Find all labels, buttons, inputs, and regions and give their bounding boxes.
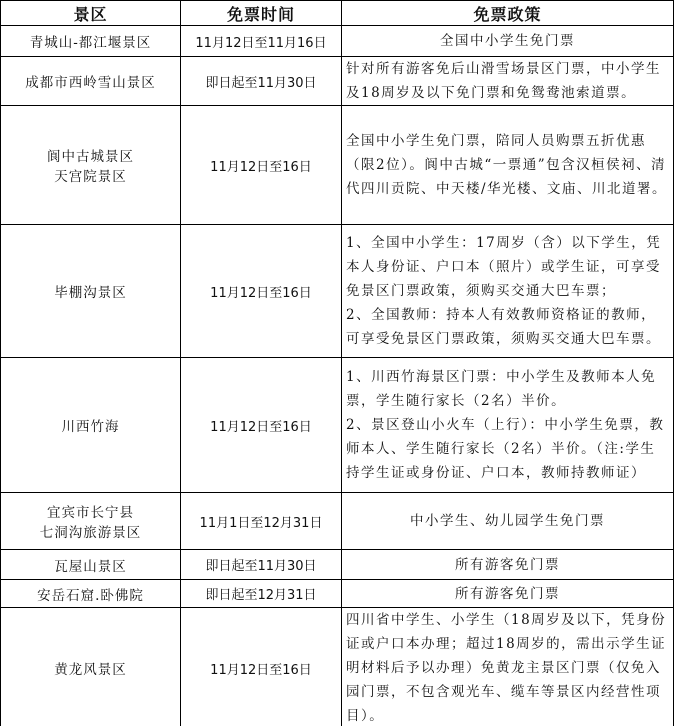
scenic-area-cell: 青城山-都江堰景区 (1, 26, 181, 57)
free-period-cell: 11月12日至16日 (181, 608, 342, 726)
scenic-area-name: 瓦屋山景区 (5, 555, 176, 575)
header-free-period: 免票时间 (181, 1, 342, 26)
policy-text: 全国中小学生免门票 (346, 29, 669, 53)
table-row: 毕棚沟景区 11月12日至16日 1、全国中小学生：17周岁（含）以下学生，凭本… (1, 225, 674, 358)
free-policy-cell: 全国中小学生免门票，陪同人员购票五折优惠（限2位）。阆中古城“一票通”包含汉桓侯… (342, 106, 674, 225)
scenic-area-name: 川西竹海 (5, 415, 176, 435)
free-period-cell: 即日起至11月30日 (181, 550, 342, 580)
scenic-area-name: 阆中古城景区 (5, 145, 176, 165)
scenic-area-name: 安岳石窟.卧佛院 (5, 584, 176, 604)
table-row: 川西竹海 11月12日至16日 1、川西竹海景区门票：中小学生及教师本人免票，学… (1, 358, 674, 493)
policy-text: 针对所有游客免后山滑雪场景区门票，中小学生及18周岁及以下免门票和免鸳鸯池索道票… (346, 57, 669, 105)
free-policy-cell: 中小学生、幼儿园学生免门票 (342, 493, 674, 550)
free-policy-cell: 1、川西竹海景区门票：中小学生及教师本人免票，学生随行家长（2名）半价。 2、景… (342, 358, 674, 493)
header-row: 景区 免票时间 免票政策 (1, 1, 674, 26)
scenic-area-cell: 阆中古城景区 天宫院景区 (1, 106, 181, 225)
policy-text: 所有游客免门票 (346, 553, 669, 577)
free-ticket-policy-table: 景区 免票时间 免票政策 青城山-都江堰景区 11月12日至11月16日 全国中… (0, 0, 674, 726)
table-row: 宜宾市长宁县 七洞沟旅游景区 11月1日至12月31日 中小学生、幼儿园学生免门… (1, 493, 674, 550)
policy-text: 1、全国中小学生：17周岁（含）以下学生，凭本人身份证、户口本（照片）或学生证，… (346, 231, 669, 303)
table-row: 瓦屋山景区 即日起至11月30日 所有游客免门票 (1, 550, 674, 580)
policy-text: 四川省中学生、小学生（18周岁及以下，凭身份证或户口本办理；超过18周岁的，需出… (346, 608, 669, 726)
free-period-cell: 11月12日至16日 (181, 225, 342, 358)
scenic-area-cell: 成都市西岭雪山景区 (1, 57, 181, 106)
table-row: 安岳石窟.卧佛院 即日起至12月31日 所有游客免门票 (1, 580, 674, 608)
free-period-cell: 即日起至11月30日 (181, 57, 342, 106)
scenic-area-cell: 黄龙风景区 (1, 608, 181, 726)
free-period-cell: 11月12日至16日 (181, 106, 342, 225)
free-period-cell: 11月12日至16日 (181, 358, 342, 493)
scenic-area-name: 青城山-都江堰景区 (5, 31, 176, 51)
scenic-area-name: 黄龙风景区 (5, 658, 176, 678)
scenic-area-name: 毕棚沟景区 (5, 281, 176, 301)
free-policy-cell: 所有游客免门票 (342, 550, 674, 580)
free-policy-cell: 所有游客免门票 (342, 580, 674, 608)
scenic-area-name: 宜宾市长宁县 (5, 501, 176, 521)
scenic-area-cell: 瓦屋山景区 (1, 550, 181, 580)
scenic-area-name: 成都市西岭雪山景区 (5, 71, 176, 91)
scenic-area-name: 七洞沟旅游景区 (5, 521, 176, 541)
free-policy-cell: 全国中小学生免门票 (342, 26, 674, 57)
policy-text: 2、全国教师：持本人有效教师资格证的教师，可享受免景区门票政策，须购买交通大巴车… (346, 303, 669, 351)
free-policy-cell: 针对所有游客免后山滑雪场景区门票，中小学生及18周岁及以下免门票和免鸳鸯池索道票… (342, 57, 674, 106)
table-row: 成都市西岭雪山景区 即日起至11月30日 针对所有游客免后山滑雪场景区门票，中小… (1, 57, 674, 106)
policy-text: 2、景区登山小火车（上行）：中小学生免票，教师本人、学生随行家长（2名）半价。（… (346, 413, 669, 485)
header-free-policy: 免票政策 (342, 1, 674, 26)
free-policy-cell: 1、全国中小学生：17周岁（含）以下学生，凭本人身份证、户口本（照片）或学生证，… (342, 225, 674, 358)
header-scenic-area: 景区 (1, 1, 181, 26)
scenic-area-cell: 宜宾市长宁县 七洞沟旅游景区 (1, 493, 181, 550)
scenic-area-cell: 川西竹海 (1, 358, 181, 493)
policy-text: 中小学生、幼儿园学生免门票 (346, 509, 669, 533)
scenic-area-name: 天宫院景区 (5, 165, 176, 185)
policy-text: 全国中小学生免门票，陪同人员购票五折优惠（限2位）。阆中古城“一票通”包含汉桓侯… (346, 129, 669, 201)
policy-text: 所有游客免门票 (346, 582, 669, 606)
table-row: 黄龙风景区 11月12日至16日 四川省中学生、小学生（18周岁及以下，凭身份证… (1, 608, 674, 726)
free-period-cell: 即日起至12月31日 (181, 580, 342, 608)
scenic-area-cell: 安岳石窟.卧佛院 (1, 580, 181, 608)
table-row: 青城山-都江堰景区 11月12日至11月16日 全国中小学生免门票 (1, 26, 674, 57)
policy-text: 1、川西竹海景区门票：中小学生及教师本人免票，学生随行家长（2名）半价。 (346, 365, 669, 413)
free-period-cell: 11月12日至11月16日 (181, 26, 342, 57)
free-period-cell: 11月1日至12月31日 (181, 493, 342, 550)
free-policy-cell: 四川省中学生、小学生（18周岁及以下，凭身份证或户口本办理；超过18周岁的，需出… (342, 608, 674, 726)
scenic-area-cell: 毕棚沟景区 (1, 225, 181, 358)
table-row: 阆中古城景区 天宫院景区 11月12日至16日 全国中小学生免门票，陪同人员购票… (1, 106, 674, 225)
